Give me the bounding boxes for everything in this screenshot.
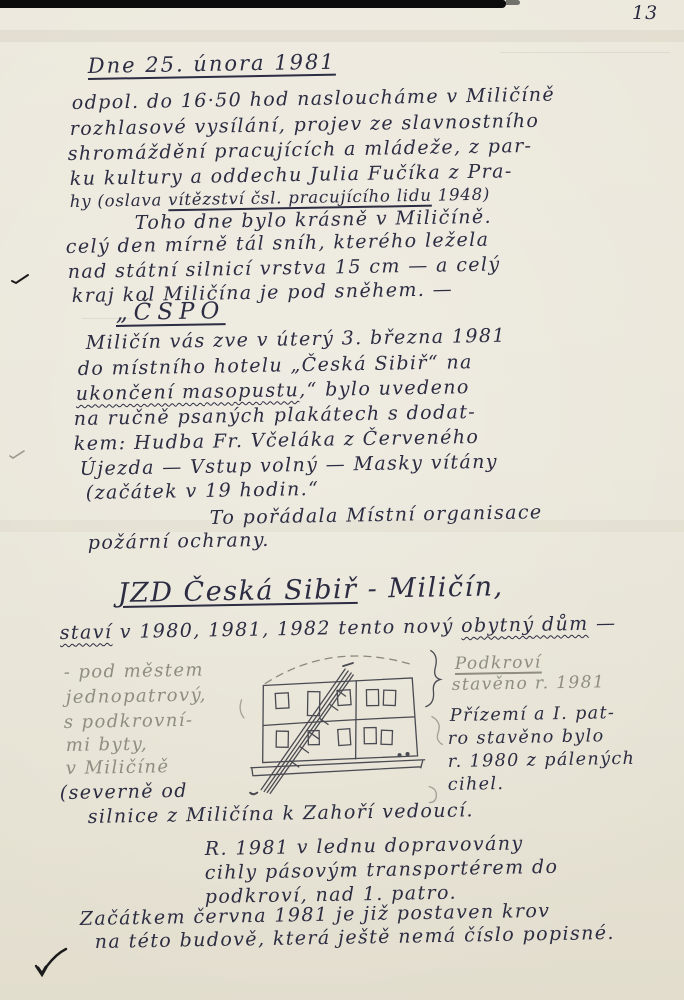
handwritten-line: na ručně psaných plakátech s dodat-: [74, 401, 477, 430]
handwritten-line: kem: Hudba Fr. Včeláka z Červeného: [74, 426, 480, 455]
underlined-text: obytný dům: [461, 613, 589, 637]
underlined-text: vítězství čsl. pracujícího lidu: [168, 186, 432, 210]
page-number: 13: [632, 2, 658, 24]
line-segment: 1948): [432, 185, 491, 205]
handwritten-line: (začátek v 19 hodin.“: [86, 478, 320, 504]
handwritten-line: požární ochrany.: [88, 529, 270, 554]
handwritten-line: - pod městem: [64, 660, 204, 683]
handwritten-line: v Miličíně: [66, 756, 170, 779]
handwritten-line: R. 1981 v lednu dopravovány: [205, 832, 524, 860]
handwritten-line: cihly pásovým transportérem do: [205, 856, 559, 884]
handwritten-line: jednopatrový,: [66, 685, 207, 708]
handwritten-line: r. 1980 z pálených: [448, 749, 636, 772]
handwritten-line: Miličín vás zve v úterý 3. března 1981: [86, 325, 506, 354]
tick-mark-icon: [10, 272, 30, 286]
tick-mark-icon: [8, 448, 26, 460]
cspo-heading: „ČSPO: [116, 298, 226, 326]
attic-label: Podkroví: [455, 652, 542, 674]
handwritten-line: odpol. do 16·50 hod nasloucháme v Miličí…: [72, 84, 556, 114]
check-mark-icon: [34, 948, 68, 978]
handwritten-line: stavěno r. 1981: [452, 672, 606, 695]
brace-mark: [425, 650, 441, 706]
chronicle-page: 13 Dne 25. února 1981 odpol. do 16·50 ho…: [0, 0, 684, 1000]
handwritten-line: mi byty,: [66, 734, 149, 756]
underlined-text: staví: [60, 621, 113, 644]
scan-edge-top: [0, 0, 506, 8]
line-segment: —: [588, 612, 616, 634]
line-segment: hy (oslava: [70, 190, 169, 211]
line-segment: - Miličín,: [357, 571, 504, 605]
handwritten-line: Újezda — Vstup volný — Masky vítány: [80, 451, 498, 480]
handwritten-line: (severně od: [60, 780, 188, 804]
jzd-heading: JZD Česká Sibiř - Miličín,: [117, 571, 503, 609]
handwritten-line: Přízemí a I. pat-: [450, 703, 616, 726]
handwritten-line: celý den mírně tál sníh, kterého ležela: [66, 229, 490, 258]
line-segment: ,“ bylo uvedeno: [299, 376, 470, 401]
entry-date-heading: Dne 25. února 1981: [88, 50, 336, 78]
guide-line: [500, 52, 670, 53]
handwritten-line: s podkrovní-: [64, 710, 194, 733]
underlined-text: JZD Česká Sibiř: [117, 574, 357, 609]
house-sketch-drawing: [236, 638, 466, 808]
pencil-squiggle: [240, 696, 443, 806]
scan-band: [0, 30, 684, 42]
floor-divider: [263, 717, 415, 726]
handwritten-line: ukončení masopustu,“ bylo uvedeno: [76, 376, 470, 405]
underlined-text: ukončení masopustu: [76, 379, 300, 405]
handwritten-line: do místního hotelu „Česká Sibiř“ na: [78, 351, 473, 380]
handwritten-line: ro stavěno bylo: [448, 726, 605, 749]
